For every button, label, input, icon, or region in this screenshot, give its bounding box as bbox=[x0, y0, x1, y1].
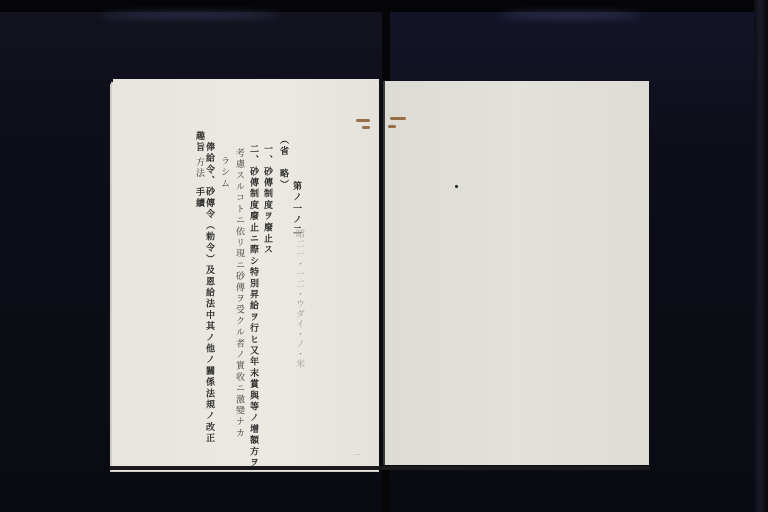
frame-edge bbox=[754, 0, 768, 512]
label-tetsuzuki: 手續 bbox=[194, 187, 203, 209]
text-column-4: 考慮スルコトニ依リ現ニ砂傳ヲ受クル者ノ實收ニ激變ナカ bbox=[234, 148, 243, 439]
binding-stain bbox=[390, 117, 406, 120]
page-shadow bbox=[110, 466, 650, 470]
binding-stain bbox=[362, 126, 370, 129]
left-page: 第ノ一ノ二 （省 略） 一、砂傳制度ヲ廢止ス 二、砂傳制度廢止ニ際シ特別昇給ヲ行… bbox=[113, 79, 379, 469]
text-column-1: （省 略） bbox=[278, 135, 287, 191]
binding-stain bbox=[356, 119, 370, 122]
text-column-6: 俸給令、砂傳令（勅令）及恩給法中其ノ他ノ關係法規ノ改正 bbox=[204, 142, 213, 444]
text-column-2: 一、砂傳制度ヲ廢止ス bbox=[262, 144, 271, 256]
label-houhou: 方法 bbox=[194, 157, 203, 179]
right-page bbox=[383, 81, 649, 465]
light-reflection bbox=[500, 12, 640, 18]
label-shushi: 趣旨 bbox=[194, 131, 203, 153]
binding-stain bbox=[388, 125, 396, 128]
ink-spot bbox=[455, 185, 458, 188]
text-column-5: ラシム bbox=[219, 156, 228, 190]
light-reflection bbox=[100, 12, 280, 18]
pencil-annotation: 昭二一・一二・ウダイ・ノ・米 bbox=[293, 229, 306, 369]
margin-mark: ⋮ bbox=[353, 451, 361, 458]
text-column-3: 二、砂傳制度廢止ニ際シ特別昇給ヲ行ヒ又年末賞與等ノ增額方ヲ bbox=[248, 144, 257, 469]
